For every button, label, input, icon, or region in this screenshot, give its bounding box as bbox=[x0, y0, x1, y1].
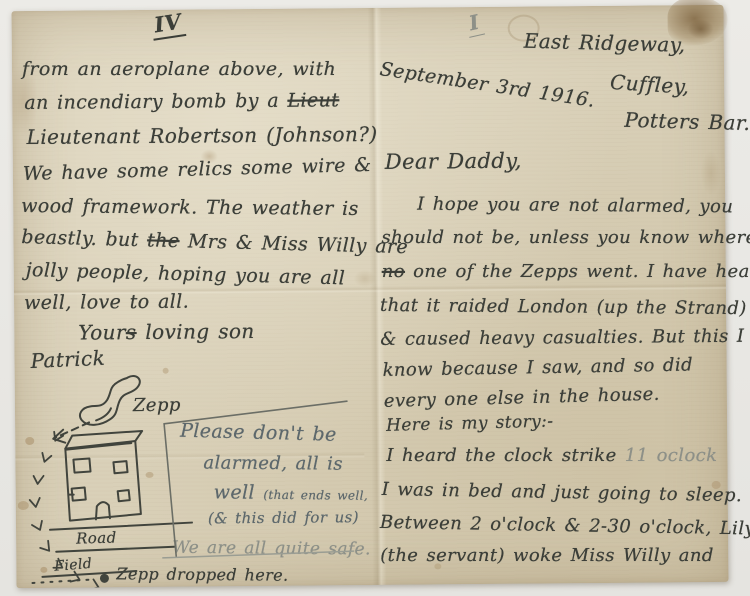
note-safe-line: We are all quite safe. bbox=[172, 538, 371, 560]
left-body-line: from an aeroplane above, with bbox=[22, 58, 336, 80]
stain bbox=[40, 567, 47, 573]
right-body-line: no one of the Zepps went. I have heard bbox=[382, 261, 750, 282]
stain bbox=[688, 19, 714, 39]
note-line: (& this did for us) bbox=[208, 508, 359, 527]
address-line: East Ridgeway, bbox=[523, 29, 685, 57]
note-line: well (that ends well, bbox=[214, 481, 369, 504]
salutation: Dear Daddy, bbox=[385, 149, 522, 174]
note-line: Please don't be bbox=[180, 420, 337, 446]
right-body-line: should not be, unless you know where bbox=[381, 227, 750, 248]
right-body-line: I was in bed and just going to sleep. bbox=[382, 479, 743, 506]
left-body-line: beastly. but the Mrs & Miss Willy are bbox=[21, 226, 408, 258]
house-window bbox=[118, 490, 130, 501]
right-body-line: Here is my story:- bbox=[386, 411, 554, 435]
letter-paper: IV from an aeroplane above, with an ince… bbox=[11, 5, 728, 588]
right-body-line: I heard the clock strike 11 oclock bbox=[386, 445, 717, 466]
zepp-arrowhead bbox=[53, 430, 65, 443]
zepp-label: Zepp bbox=[133, 395, 181, 416]
right-body-line: & caused heavy casualties. But this I bbox=[380, 326, 744, 350]
stain bbox=[146, 472, 154, 478]
house-outline bbox=[65, 441, 141, 521]
left-body-line: wood framework. The weather is bbox=[21, 195, 359, 220]
stain bbox=[701, 151, 721, 195]
right-body-line: that it raided London (up the Strand) bbox=[380, 295, 747, 319]
left-page-number: IV bbox=[150, 8, 187, 41]
left-body-line: well, love to all. bbox=[24, 291, 189, 314]
signature-name: Patrick bbox=[30, 346, 106, 373]
right-body-line: Between 2 o'clock & 2-30 o'clock, Lily bbox=[380, 512, 750, 540]
house-window bbox=[69, 487, 86, 500]
right-body-line: I hope you are not alarmed, you bbox=[417, 194, 733, 218]
stain bbox=[25, 437, 34, 445]
right-body-line: (the servant) woke Miss Willy and bbox=[380, 545, 714, 566]
road-label: Road bbox=[76, 529, 117, 548]
left-body-line: Lieutenant Robertson (Johnson?) bbox=[26, 122, 377, 149]
impact-trail bbox=[32, 579, 94, 583]
stain bbox=[163, 368, 169, 374]
field-label: Field bbox=[54, 556, 93, 575]
letter-photograph: IV from an aeroplane above, with an ince… bbox=[0, 0, 750, 596]
zepp-blob bbox=[80, 376, 141, 425]
left-body-line: jolly people, hoping you are all bbox=[25, 259, 345, 289]
house-roof-inner bbox=[66, 443, 131, 450]
road-line-upper bbox=[50, 523, 192, 530]
right-page-number: I bbox=[464, 9, 485, 38]
note-line: alarmed, all is bbox=[203, 452, 343, 474]
zepp-dropped-label: Zepp dropped here. bbox=[116, 564, 288, 585]
zepp-detail bbox=[96, 408, 111, 420]
address-line: Potters Bar. bbox=[624, 108, 750, 135]
house-door bbox=[96, 502, 110, 519]
zepp-arrow-line bbox=[55, 422, 89, 437]
left-body-line: We have some relics some wire & bbox=[23, 154, 372, 185]
address-line: Cuffley, bbox=[609, 70, 690, 99]
house-roof bbox=[65, 431, 142, 449]
signature-line: Yours loving son bbox=[78, 319, 255, 345]
road-line-lower bbox=[56, 547, 174, 552]
date-line: September 3rd 1916. bbox=[378, 58, 596, 112]
impact-dot bbox=[100, 574, 109, 583]
left-body-line: an incendiary bomb by a Lieut bbox=[24, 89, 339, 114]
right-body-line: every one else in the house. bbox=[384, 384, 660, 412]
house-window bbox=[113, 461, 127, 473]
right-body-line: know because I saw, and so did bbox=[382, 354, 693, 380]
stain bbox=[18, 501, 29, 510]
